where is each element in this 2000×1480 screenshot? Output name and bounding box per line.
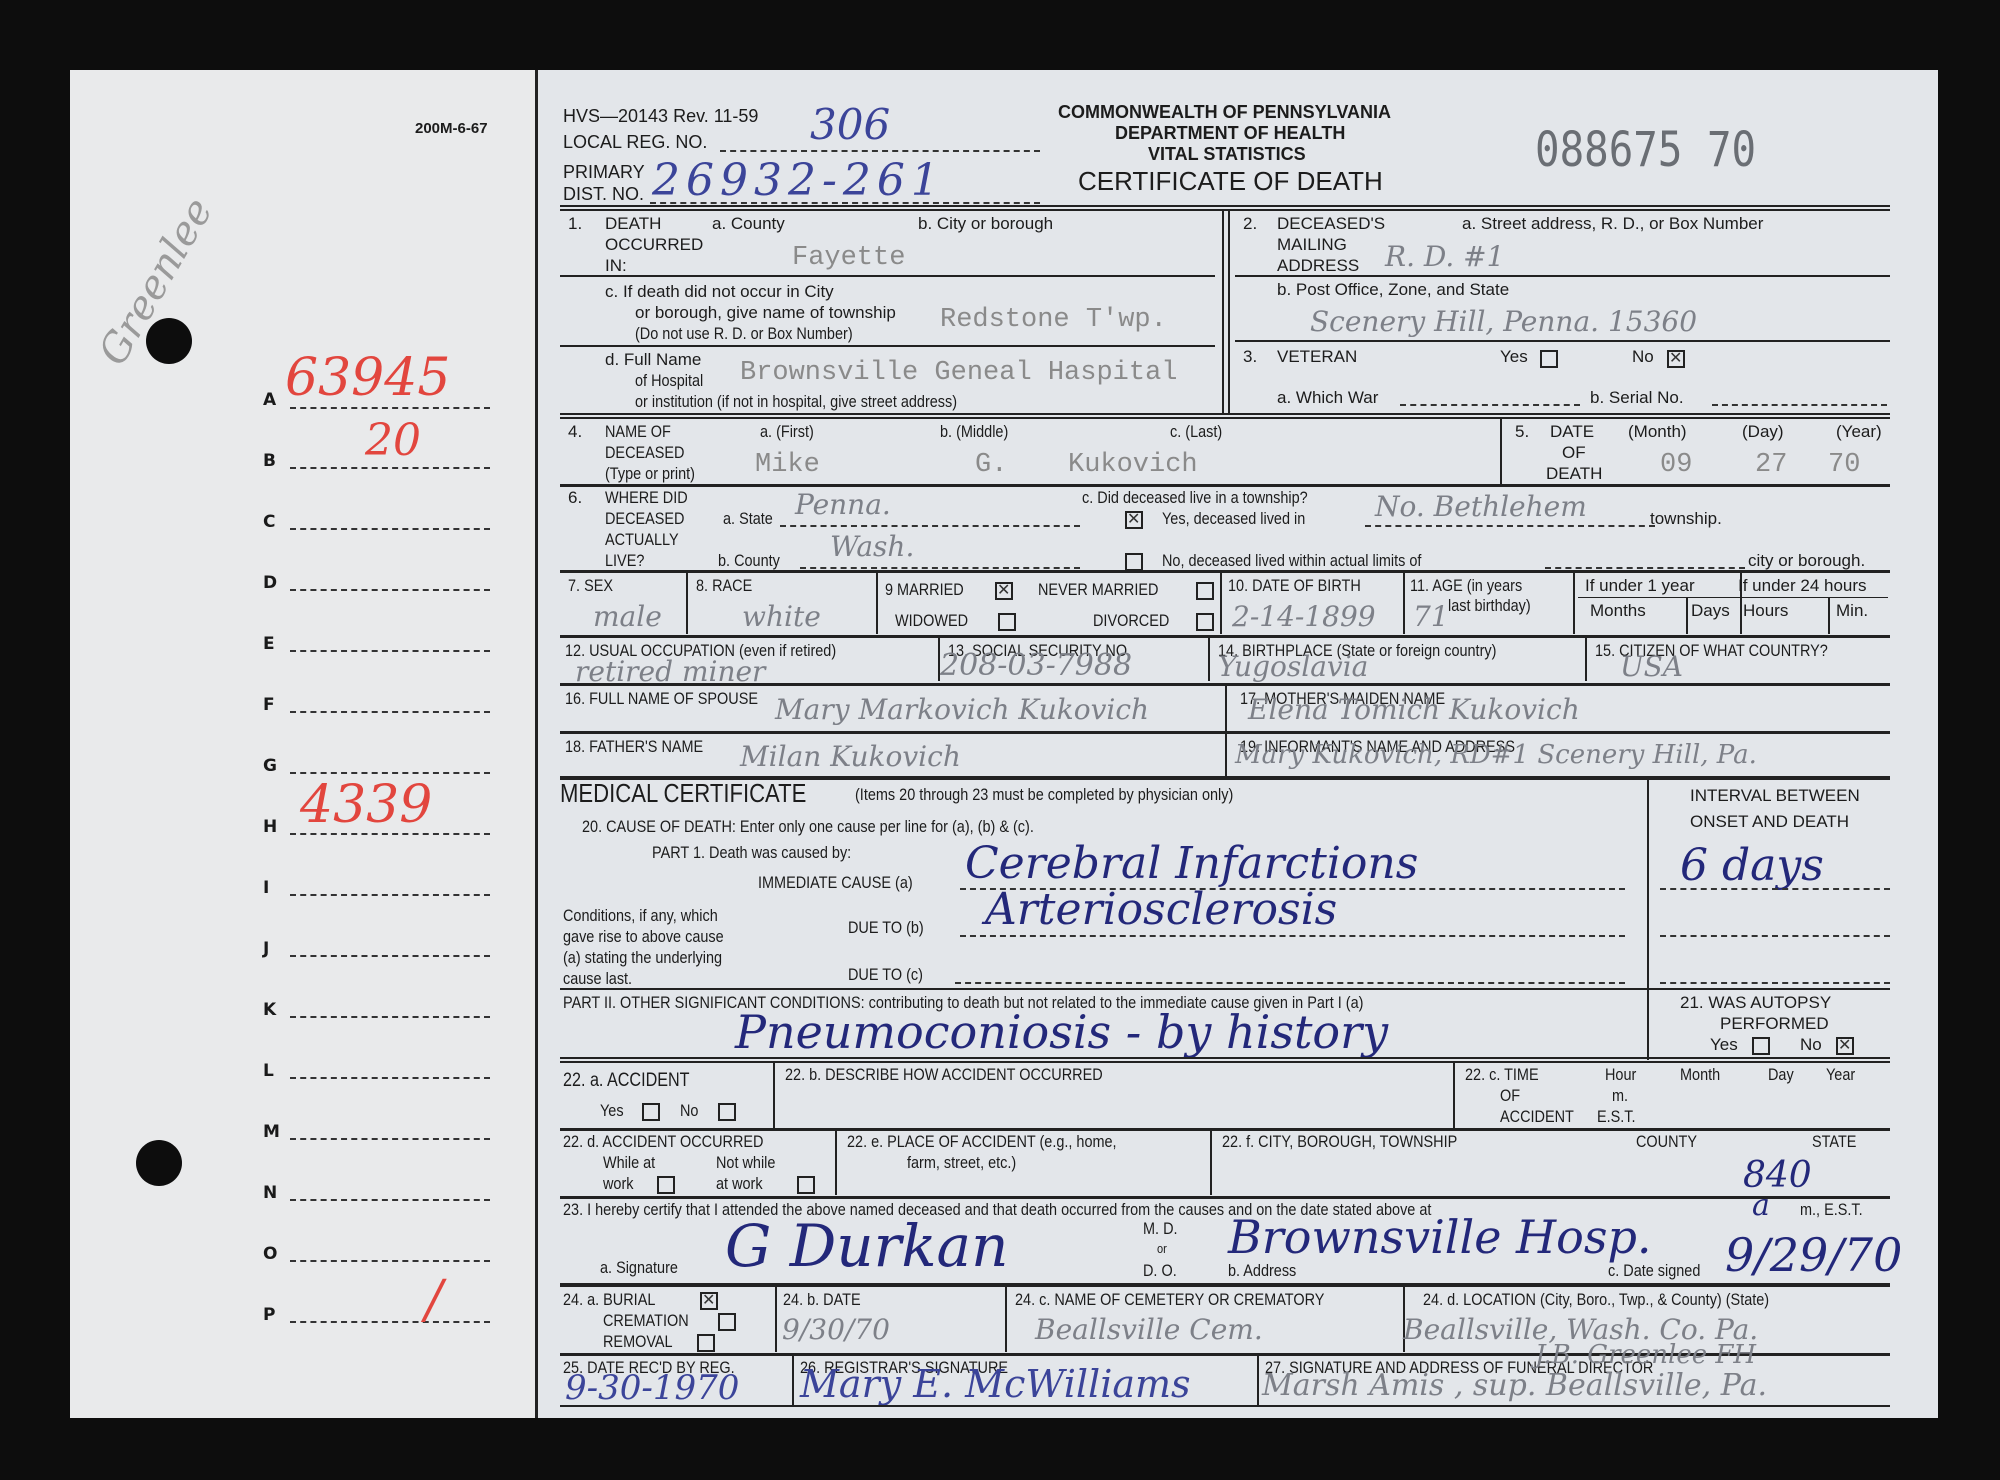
date-signed-value: 9/29/70 <box>1725 1228 1902 1282</box>
father-value: Milan Kukovich <box>740 740 961 773</box>
rule <box>1578 597 1888 598</box>
township-question: c. Did deceased live in a township? <box>1082 488 1308 508</box>
index-stub: 200M-6-67 Greenlee <box>70 70 535 1418</box>
label: LIVE? <box>605 551 644 571</box>
item-number: 6. <box>568 488 582 508</box>
stub-letter: K <box>263 1000 276 1020</box>
accident-label: 22. a. ACCIDENT <box>563 1070 690 1093</box>
stub-entry-h: 4339 <box>300 775 432 835</box>
birthplace-value: Yugoslavia <box>1218 650 1368 683</box>
stub-line <box>290 650 490 652</box>
due-to-c-label: DUE TO (c) <box>848 965 923 985</box>
part2-value: Pneumoconiosis - by history <box>735 1005 1388 1059</box>
divider <box>1403 572 1405 634</box>
not-while-label: Not while <box>716 1153 775 1173</box>
state-line <box>780 525 1080 527</box>
cremation-label: CREMATION <box>603 1311 689 1331</box>
item-number: 4. <box>568 422 582 442</box>
interval-label: ONSET AND DEATH <box>1690 812 1849 832</box>
state-label: STATE <box>1812 1132 1856 1152</box>
widowed-label: WIDOWED <box>895 611 968 631</box>
days-label: Days <box>1691 601 1730 621</box>
cemetery-value: Beallsville Cem. <box>1035 1313 1263 1346</box>
residence-county-value: Wash. <box>830 530 914 563</box>
no-text: No, deceased lived within actual limits … <box>1162 551 1421 571</box>
item-number: 3. <box>1243 347 1257 367</box>
accident-describe-label: 22. b. DESCRIBE HOW ACCIDENT OCCURRED <box>785 1065 1103 1085</box>
accident-yes-checkbox[interactable] <box>642 1103 660 1121</box>
mother-value: Elena Tomich Kukovich <box>1248 693 1580 726</box>
stub-line <box>290 589 490 591</box>
interval-line <box>1660 888 1890 890</box>
autopsy-no-checkbox[interactable] <box>1836 1037 1854 1055</box>
informant-value: Mary Kukovich, RD#1 Scenery Hill, Pa. <box>1235 740 1757 770</box>
agency-line2: DEPARTMENT OF HEALTH <box>1115 123 1345 145</box>
divider <box>1220 572 1222 634</box>
do-label: D. O. <box>1143 1261 1177 1281</box>
veteran-no-checkbox[interactable] <box>1667 350 1685 368</box>
interval-label: INTERVAL BETWEEN <box>1690 786 1860 806</box>
label: IN: <box>605 256 627 276</box>
time-label: ACCIDENT <box>1500 1107 1574 1127</box>
rule <box>560 205 1890 207</box>
month-label: Month <box>1680 1065 1720 1085</box>
day-label: (Day) <box>1742 422 1784 442</box>
label: DEATH <box>1546 464 1602 484</box>
months-label: Months <box>1590 601 1646 621</box>
stub-letter: I <box>263 878 269 898</box>
rule <box>560 345 1215 347</box>
never-married-label: NEVER MARRIED <box>1038 580 1158 600</box>
item-number: 5. <box>1515 422 1529 442</box>
never-married-checkbox[interactable] <box>1196 582 1214 600</box>
double-divider <box>1222 210 1224 415</box>
punch-hole-top <box>146 318 192 364</box>
age-value: 71 <box>1413 600 1449 633</box>
city-label: b. City or borough <box>918 214 1053 234</box>
stub-letter: G <box>263 756 277 776</box>
due-c-line <box>955 982 1625 984</box>
township-yes-checkbox[interactable] <box>1125 511 1143 529</box>
accident-occurred-label: 22. d. ACCIDENT OCCURRED <box>563 1132 763 1152</box>
hours-label: Hours <box>1743 601 1788 621</box>
stub-line-p <box>290 1321 490 1323</box>
label: ACTUALLY <box>605 530 679 550</box>
middle-name-label: b. (Middle) <box>940 422 1008 442</box>
conditions-label: Conditions, if any, which <box>563 906 718 926</box>
stub-letter: O <box>263 1244 277 1264</box>
burial-date-value: 9/30/70 <box>782 1313 890 1346</box>
autopsy-yes-checkbox[interactable] <box>1752 1037 1770 1055</box>
stub-letter: N <box>263 1183 277 1203</box>
which-war-label: a. Which War <box>1277 388 1378 408</box>
label: (Do not use R. D. or Box Number) <box>635 324 853 344</box>
agency-line1: COMMONWEALTH OF PENNSYLVANIA <box>1058 102 1391 124</box>
stub-line <box>290 711 490 713</box>
stub-entry-p: / <box>425 1270 443 1330</box>
stub-line-b <box>290 467 490 469</box>
divider <box>1210 1130 1212 1195</box>
interval-value: 6 days <box>1680 840 1824 891</box>
m-label: m. <box>1612 1086 1628 1106</box>
date-signed-label: c. Date signed <box>1608 1261 1700 1281</box>
first-name-value: Mike <box>755 450 820 480</box>
stub-letter: F <box>263 695 275 715</box>
label: MAILING <box>1277 235 1347 255</box>
funeral-director-overwrite: J.B. Greenlee FH <box>1535 1340 1756 1370</box>
county-label: a. County <box>712 214 785 234</box>
spouse-label: 16. FULL NAME OF SPOUSE <box>565 689 758 709</box>
divider <box>686 572 688 634</box>
stub-entry-b: 20 <box>365 415 421 466</box>
label: DEATH <box>605 214 661 234</box>
conditions-label: gave rise to above cause <box>563 927 724 947</box>
accident-no-label: No <box>680 1101 698 1121</box>
place-label: farm, street, etc.) <box>907 1153 1016 1173</box>
label: DECEASED <box>605 509 685 529</box>
funeral-director-value: Marsh Amis , sup. Beallsville, Pa. <box>1262 1368 1767 1403</box>
divider <box>1005 1285 1007 1352</box>
label: NAME OF <box>605 422 671 442</box>
death-year-value: 70 <box>1828 450 1860 480</box>
label: DECEASED <box>605 443 685 463</box>
accident-yes-label: Yes <box>600 1101 624 1121</box>
stub-letter: L <box>263 1061 274 1081</box>
label: d. Full Name <box>605 350 701 370</box>
autopsy-no-label: No <box>1800 1035 1822 1055</box>
date-received-value: 9-30-1970 <box>565 1368 739 1408</box>
divider <box>1225 733 1227 779</box>
township-no-checkbox[interactable] <box>1125 553 1143 571</box>
label: or borough, give name of township <box>635 303 896 323</box>
divorced-label: DIVORCED <box>1093 611 1169 631</box>
stub-line <box>290 1260 490 1262</box>
spouse-value: Mary Markovich Kukovich <box>775 693 1149 726</box>
rule <box>560 413 1890 415</box>
md-label: M. D. <box>1143 1219 1178 1239</box>
place-label: 22. e. PLACE OF ACCIDENT (e.g., home, <box>847 1132 1117 1152</box>
no-suffix: city or borough. <box>1748 551 1865 571</box>
dob-value: 2-14-1899 <box>1232 600 1376 633</box>
stub-line <box>290 1199 490 1201</box>
race-label: 8. RACE <box>696 576 752 596</box>
stub-letter: H <box>263 817 277 837</box>
burial-label: 24. a. BURIAL <box>563 1290 655 1310</box>
divider <box>1686 598 1688 634</box>
stub-line <box>290 1016 490 1018</box>
month-label: (Month) <box>1628 422 1687 442</box>
medical-title: MEDICAL CERTIFICATE <box>560 778 806 809</box>
rule <box>560 570 1890 573</box>
form-code: 200M-6-67 <box>415 120 488 138</box>
part1-label: PART 1. Death was caused by: <box>652 843 851 863</box>
divider <box>773 1063 775 1129</box>
stub-letter: B <box>263 451 276 471</box>
street-value: R. D. #1 <box>1385 240 1504 273</box>
stub-letter: D <box>263 573 277 593</box>
rule <box>1235 340 1890 342</box>
death-month-value: 09 <box>1660 450 1692 480</box>
stub-line <box>290 528 490 530</box>
serial-label: b. Serial No. <box>1590 388 1684 408</box>
double-divider <box>1228 210 1230 415</box>
rule <box>560 1283 1890 1287</box>
residence-state-value: Penna. <box>795 488 891 521</box>
sex-label: 7. SEX <box>568 576 613 596</box>
est-label: E.S.T. <box>1597 1107 1636 1127</box>
divider <box>1225 685 1227 731</box>
divider <box>876 572 878 634</box>
dob-label: 10. DATE OF BIRTH <box>1228 576 1361 596</box>
label: or institution (if not in hospital, give… <box>635 392 957 412</box>
label: ADDRESS <box>1277 256 1359 276</box>
rule <box>560 1061 1890 1063</box>
signature-label: a. Signature <box>600 1258 678 1278</box>
removal-checkbox[interactable] <box>697 1334 715 1352</box>
stub-line <box>290 955 490 957</box>
while-at-work-checkbox[interactable] <box>657 1176 675 1194</box>
hour-label: Hour <box>1605 1065 1636 1085</box>
due-b-line <box>960 935 1625 937</box>
certificate-number: 088675 70 <box>1535 122 1756 178</box>
physician-signature: G Durkan <box>725 1212 1008 1280</box>
while-at-work-label: While at <box>603 1153 655 1173</box>
time-label: 22. c. TIME <box>1465 1065 1539 1085</box>
item-number: 1. <box>568 214 582 234</box>
rule <box>560 1196 1890 1199</box>
stub-line <box>290 894 490 896</box>
burial-date-label: 24. b. DATE <box>783 1290 861 1310</box>
middle-name-value: G. <box>975 450 1007 480</box>
registrar-signature: Mary E. McWilliams <box>800 1362 1191 1406</box>
immediate-cause-value: Cerebral Infarctions <box>965 838 1418 889</box>
year-label: (Year) <box>1836 422 1882 442</box>
stub-letter: E <box>263 634 275 654</box>
address-label: b. Address <box>1228 1261 1296 1281</box>
stub-line <box>290 1138 490 1140</box>
time-of-death-ampm: a <box>1752 1188 1770 1223</box>
label: DATE <box>1550 422 1594 442</box>
rule <box>560 275 1215 277</box>
divider <box>1257 1355 1259 1407</box>
under-year-label: If under 1 year <box>1585 576 1695 596</box>
dist-label: DIST. NO. <box>563 184 644 206</box>
divider <box>1453 1063 1455 1129</box>
time-label: OF <box>1500 1086 1520 1106</box>
sex-value: male <box>593 600 662 633</box>
label: c. If death did not occur in City <box>605 282 834 302</box>
divider <box>1500 418 1502 484</box>
burial-checkbox[interactable] <box>700 1292 718 1310</box>
while-at-work-label: work <box>603 1174 634 1194</box>
rule <box>560 1128 1890 1131</box>
cause-label: 20. CAUSE OF DEATH: Enter only one cause… <box>582 817 1034 837</box>
immediate-cause-label: IMMEDIATE CAUSE (a) <box>758 873 913 893</box>
local-reg-label: LOCAL REG. NO. <box>563 132 707 154</box>
county-label: COUNTY <box>1636 1132 1697 1152</box>
stub-letter: P <box>263 1305 275 1325</box>
yes-label: Yes <box>1500 347 1528 367</box>
rule <box>560 1405 1890 1407</box>
form-id: HVS—20143 Rev. 11-59 <box>563 106 758 128</box>
street-label: a. Street address, R. D., or Box Number <box>1462 214 1763 234</box>
interval-line <box>1660 935 1890 937</box>
stub-letter: C <box>263 512 275 532</box>
divider <box>1573 572 1575 634</box>
under-24-label: If under 24 hours <box>1738 576 1867 596</box>
accident-no-checkbox[interactable] <box>718 1103 736 1121</box>
married-label: 9 MARRIED <box>885 580 964 600</box>
divider <box>792 1355 794 1407</box>
last-name-label: c. (Last) <box>1170 422 1222 442</box>
label: of Hospital <box>635 371 703 391</box>
divider <box>835 1130 837 1195</box>
veteran-label: VETERAN <box>1277 347 1357 367</box>
conditions-label: cause last. <box>563 969 632 989</box>
serial-line <box>1712 404 1887 406</box>
citizen-value: USA <box>1620 650 1683 683</box>
ssn-value: 208-03-7988 <box>940 648 1132 683</box>
rule <box>560 209 1890 211</box>
rule <box>560 484 1890 487</box>
age-label: 11. AGE (in years <box>1410 576 1522 596</box>
city-line <box>1545 567 1745 569</box>
removal-label: REMOVAL <box>603 1332 673 1352</box>
divider <box>1585 637 1587 681</box>
yes-text: Yes, deceased lived in <box>1162 509 1305 529</box>
year-label: Year <box>1826 1065 1855 1085</box>
not-while-checkbox[interactable] <box>797 1176 815 1194</box>
stub-letter: A <box>263 390 276 410</box>
divider <box>1647 780 1649 1060</box>
war-line <box>1400 404 1580 406</box>
married-checkbox[interactable] <box>995 582 1013 600</box>
label: WHERE DID <box>605 488 688 508</box>
cremation-checkbox[interactable] <box>718 1313 736 1331</box>
day-label: Day <box>1768 1065 1794 1085</box>
death-county-value: Fayette <box>792 243 905 273</box>
death-day-value: 27 <box>1755 450 1787 480</box>
or-label: or <box>1157 1241 1167 1257</box>
time-suffix: m., E.S.T. <box>1800 1200 1863 1220</box>
cemetery-label: 24. c. NAME OF CEMETERY OR CREMATORY <box>1015 1290 1324 1310</box>
divider <box>775 1285 777 1352</box>
due-to-b-value: Arteriosclerosis <box>985 884 1337 935</box>
medical-subtitle: (Items 20 through 23 must be completed b… <box>855 785 1233 805</box>
hospital-value: Brownsville Geneal Haspital <box>740 358 1177 388</box>
location-label: 24. d. LOCATION (City, Boro., Twp., & Co… <box>1423 1290 1769 1310</box>
post-office-label: b. Post Office, Zone, and State <box>1277 280 1509 300</box>
agency-line3: VITAL STATISTICS <box>1148 144 1306 166</box>
widowed-checkbox[interactable] <box>998 613 1016 631</box>
race-value: white <box>742 600 821 633</box>
stub-letter: J <box>263 939 269 959</box>
veteran-yes-checkbox[interactable] <box>1540 350 1558 368</box>
rule <box>560 988 1890 990</box>
state-label: a. State <box>723 509 773 529</box>
label: OCCURRED <box>605 235 703 255</box>
last-name-value: Kukovich <box>1068 450 1198 480</box>
age-label: last birthday) <box>1448 596 1531 616</box>
death-township-value: Redstone T'wp. <box>940 305 1167 335</box>
county-label: b. County <box>718 551 780 571</box>
certificate-title: CERTIFICATE OF DEATH <box>1078 166 1383 197</box>
no-label: No <box>1632 347 1654 367</box>
township-suffix: township. <box>1650 509 1722 529</box>
autopsy-yes-label: Yes <box>1710 1035 1738 1055</box>
county-line <box>800 567 1080 569</box>
primary-label: PRIMARY <box>563 162 645 184</box>
post-office-value: Scenery Hill, Penna. 15360 <box>1310 305 1697 338</box>
divider <box>1828 598 1830 634</box>
divider <box>1208 637 1210 681</box>
stub-letter: M <box>263 1122 280 1142</box>
interval-line <box>1660 982 1890 984</box>
conditions-label: (a) stating the underlying <box>563 948 722 968</box>
township-value: No. Bethlehem <box>1375 490 1587 523</box>
label: OF <box>1562 443 1586 463</box>
local-reg-value: 306 <box>810 100 890 149</box>
rule <box>1235 275 1890 277</box>
punch-hole-bottom <box>136 1140 182 1186</box>
dist-value: 26932-261 <box>652 155 945 206</box>
rule <box>560 1057 1890 1059</box>
rule <box>560 635 1890 638</box>
father-label: 18. FATHER'S NAME <box>565 737 703 757</box>
label: DECEASED'S <box>1277 214 1385 234</box>
rule <box>560 417 1890 419</box>
city-borough-label: 22. f. CITY, BOROUGH, TOWNSHIP <box>1222 1132 1457 1152</box>
stub-entry-a: 63945 <box>285 348 450 408</box>
due-to-b-label: DUE TO (b) <box>848 918 924 938</box>
local-reg-line <box>720 150 1040 152</box>
first-name-label: a. (First) <box>760 422 814 442</box>
min-label: Min. <box>1836 601 1868 621</box>
autopsy-label: 21. WAS AUTOPSY <box>1680 993 1831 1013</box>
physician-address: Brownsville Hosp. <box>1228 1210 1652 1264</box>
divorced-checkbox[interactable] <box>1196 613 1214 631</box>
stub-line <box>290 1077 490 1079</box>
label: (Type or print) <box>605 464 695 484</box>
autopsy-label: PERFORMED <box>1720 1014 1829 1034</box>
township-line <box>1365 525 1655 527</box>
item-number: 2. <box>1243 214 1257 234</box>
stub-line <box>290 772 490 774</box>
not-while-label: at work <box>716 1174 763 1194</box>
